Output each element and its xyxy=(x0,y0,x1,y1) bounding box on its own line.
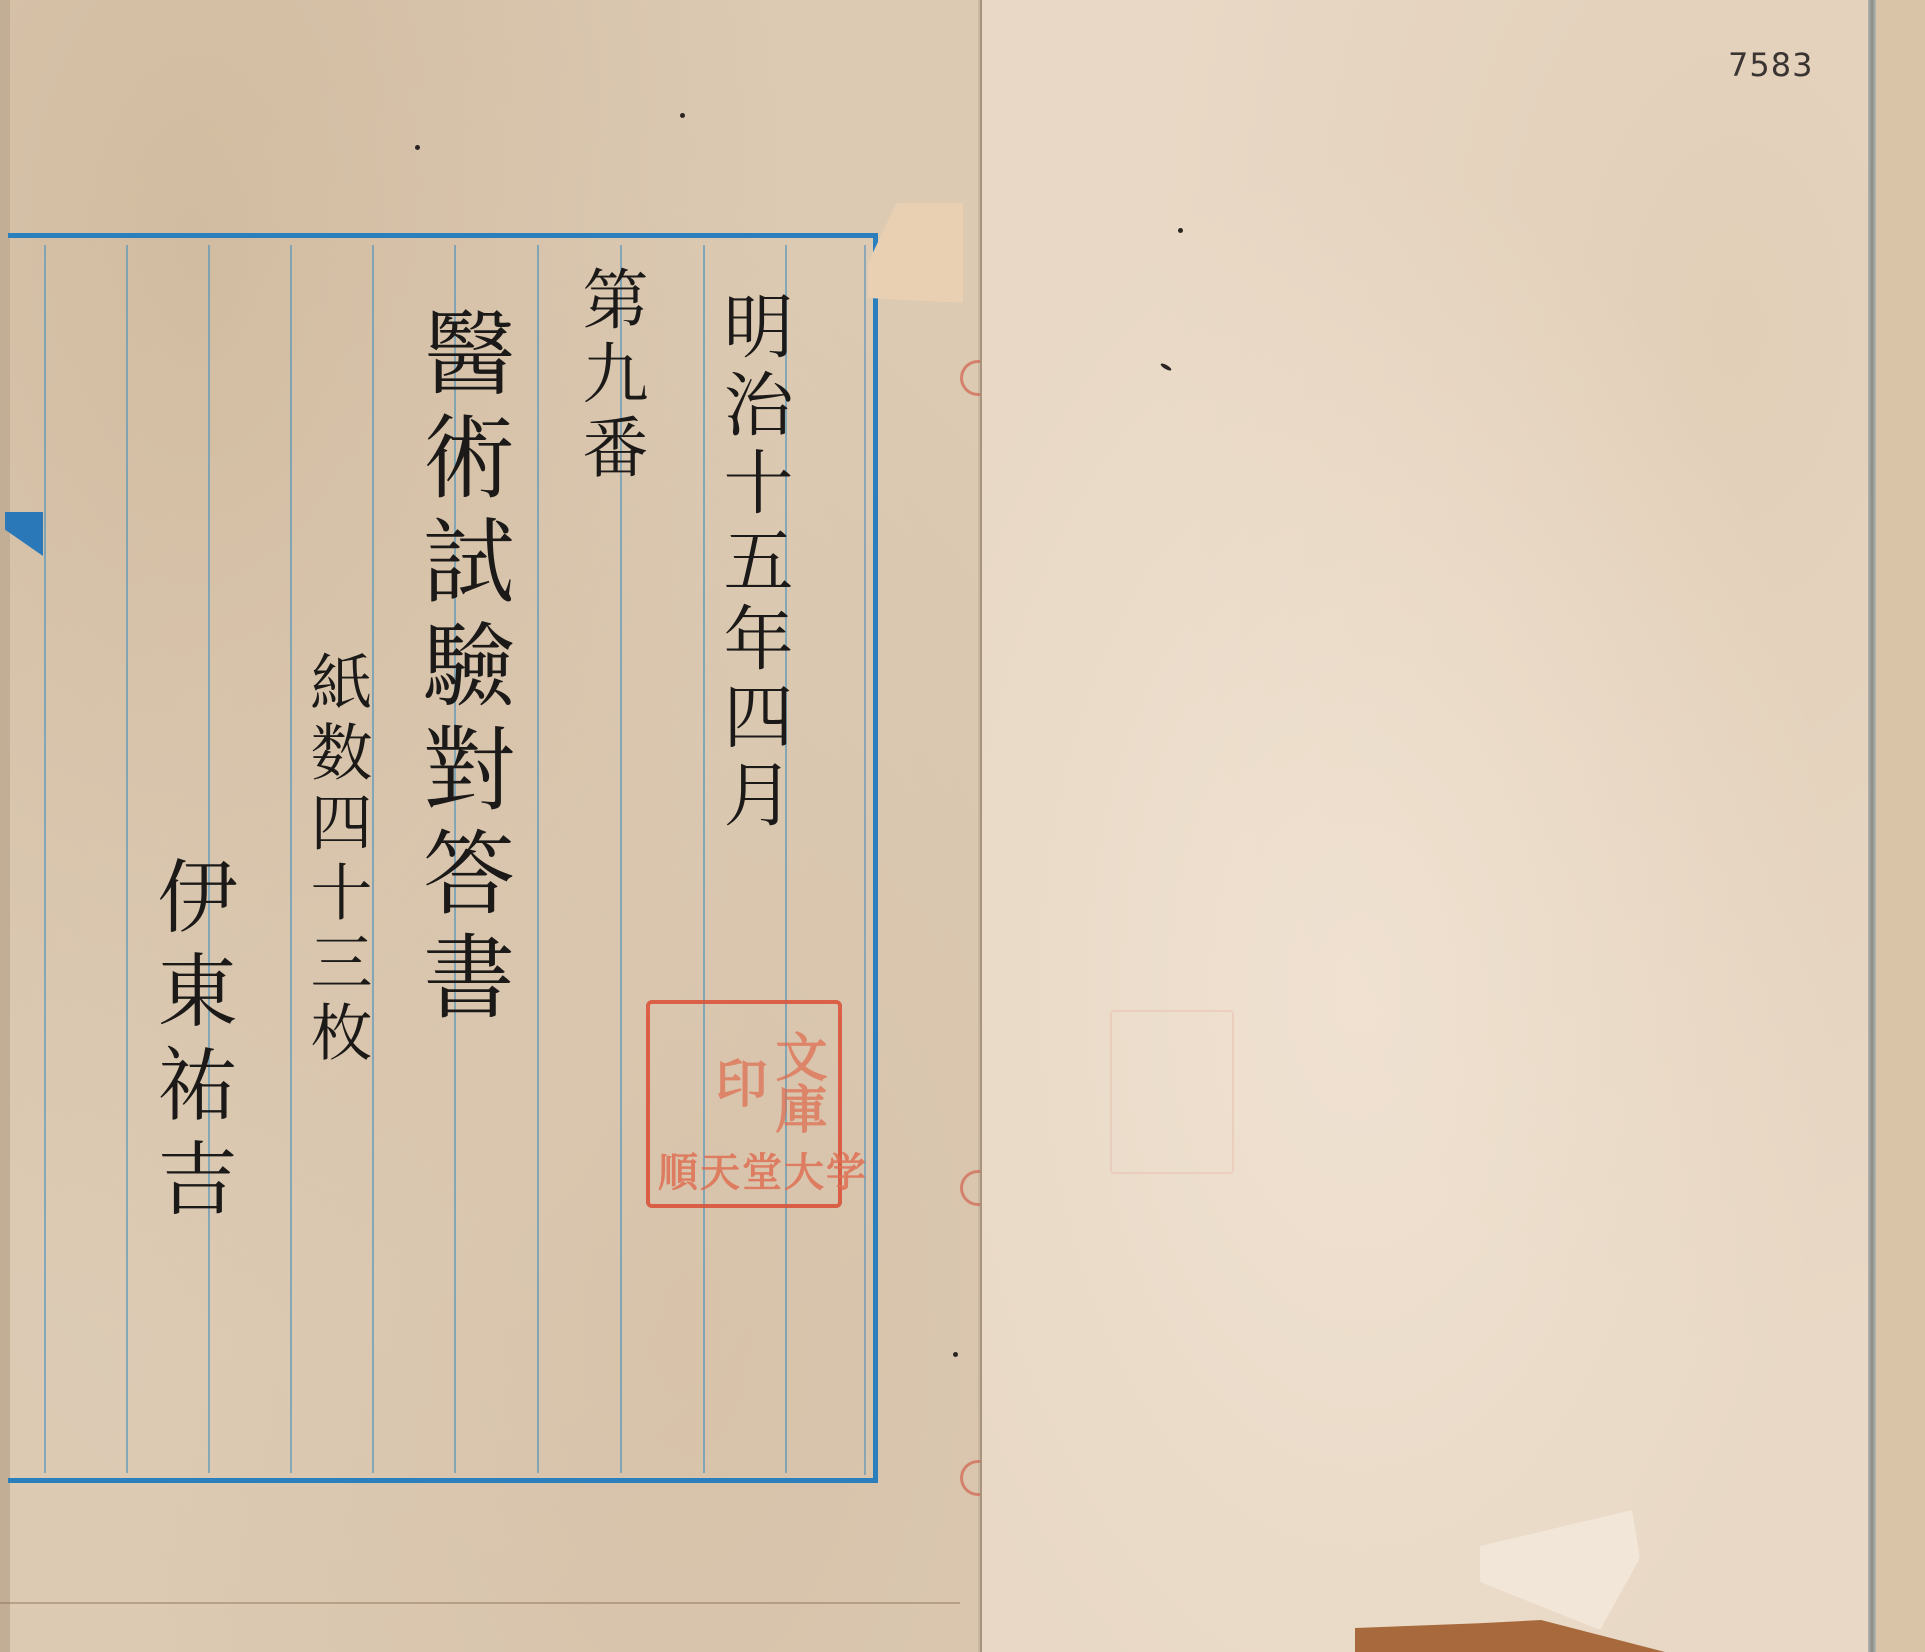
ink-speck xyxy=(1178,228,1183,233)
date-column: 明治十五年四月 xyxy=(718,290,788,836)
page-fold-line xyxy=(0,1602,960,1604)
ink-speck xyxy=(415,145,420,150)
library-seal-stamp: 文庫印 順天堂大学 xyxy=(646,1000,842,1208)
column-rule xyxy=(703,245,705,1473)
ink-speck xyxy=(953,1352,958,1357)
ink-speck xyxy=(680,113,685,118)
binding-edge-line xyxy=(1868,0,1876,1652)
right-page xyxy=(980,0,1925,1652)
right-page-margin xyxy=(1876,0,1925,1652)
title-column: 醫術試驗對答書 xyxy=(415,305,507,1033)
page-count-column: 紙数四十三枚 xyxy=(305,650,367,1070)
column-rule xyxy=(537,245,539,1473)
column-rule xyxy=(126,245,128,1473)
column-rule xyxy=(44,245,46,1473)
faint-show-through-stamp xyxy=(1110,1010,1234,1174)
author-column: 伊東祐吉 xyxy=(150,855,230,1231)
catalog-number: 7583 xyxy=(1728,46,1813,84)
number-column: 第九番 xyxy=(576,265,642,487)
seal-top-text: 文庫印 xyxy=(706,1022,826,1142)
seal-bottom-text: 順天堂大学 xyxy=(658,1141,834,1198)
column-rule xyxy=(290,245,292,1473)
